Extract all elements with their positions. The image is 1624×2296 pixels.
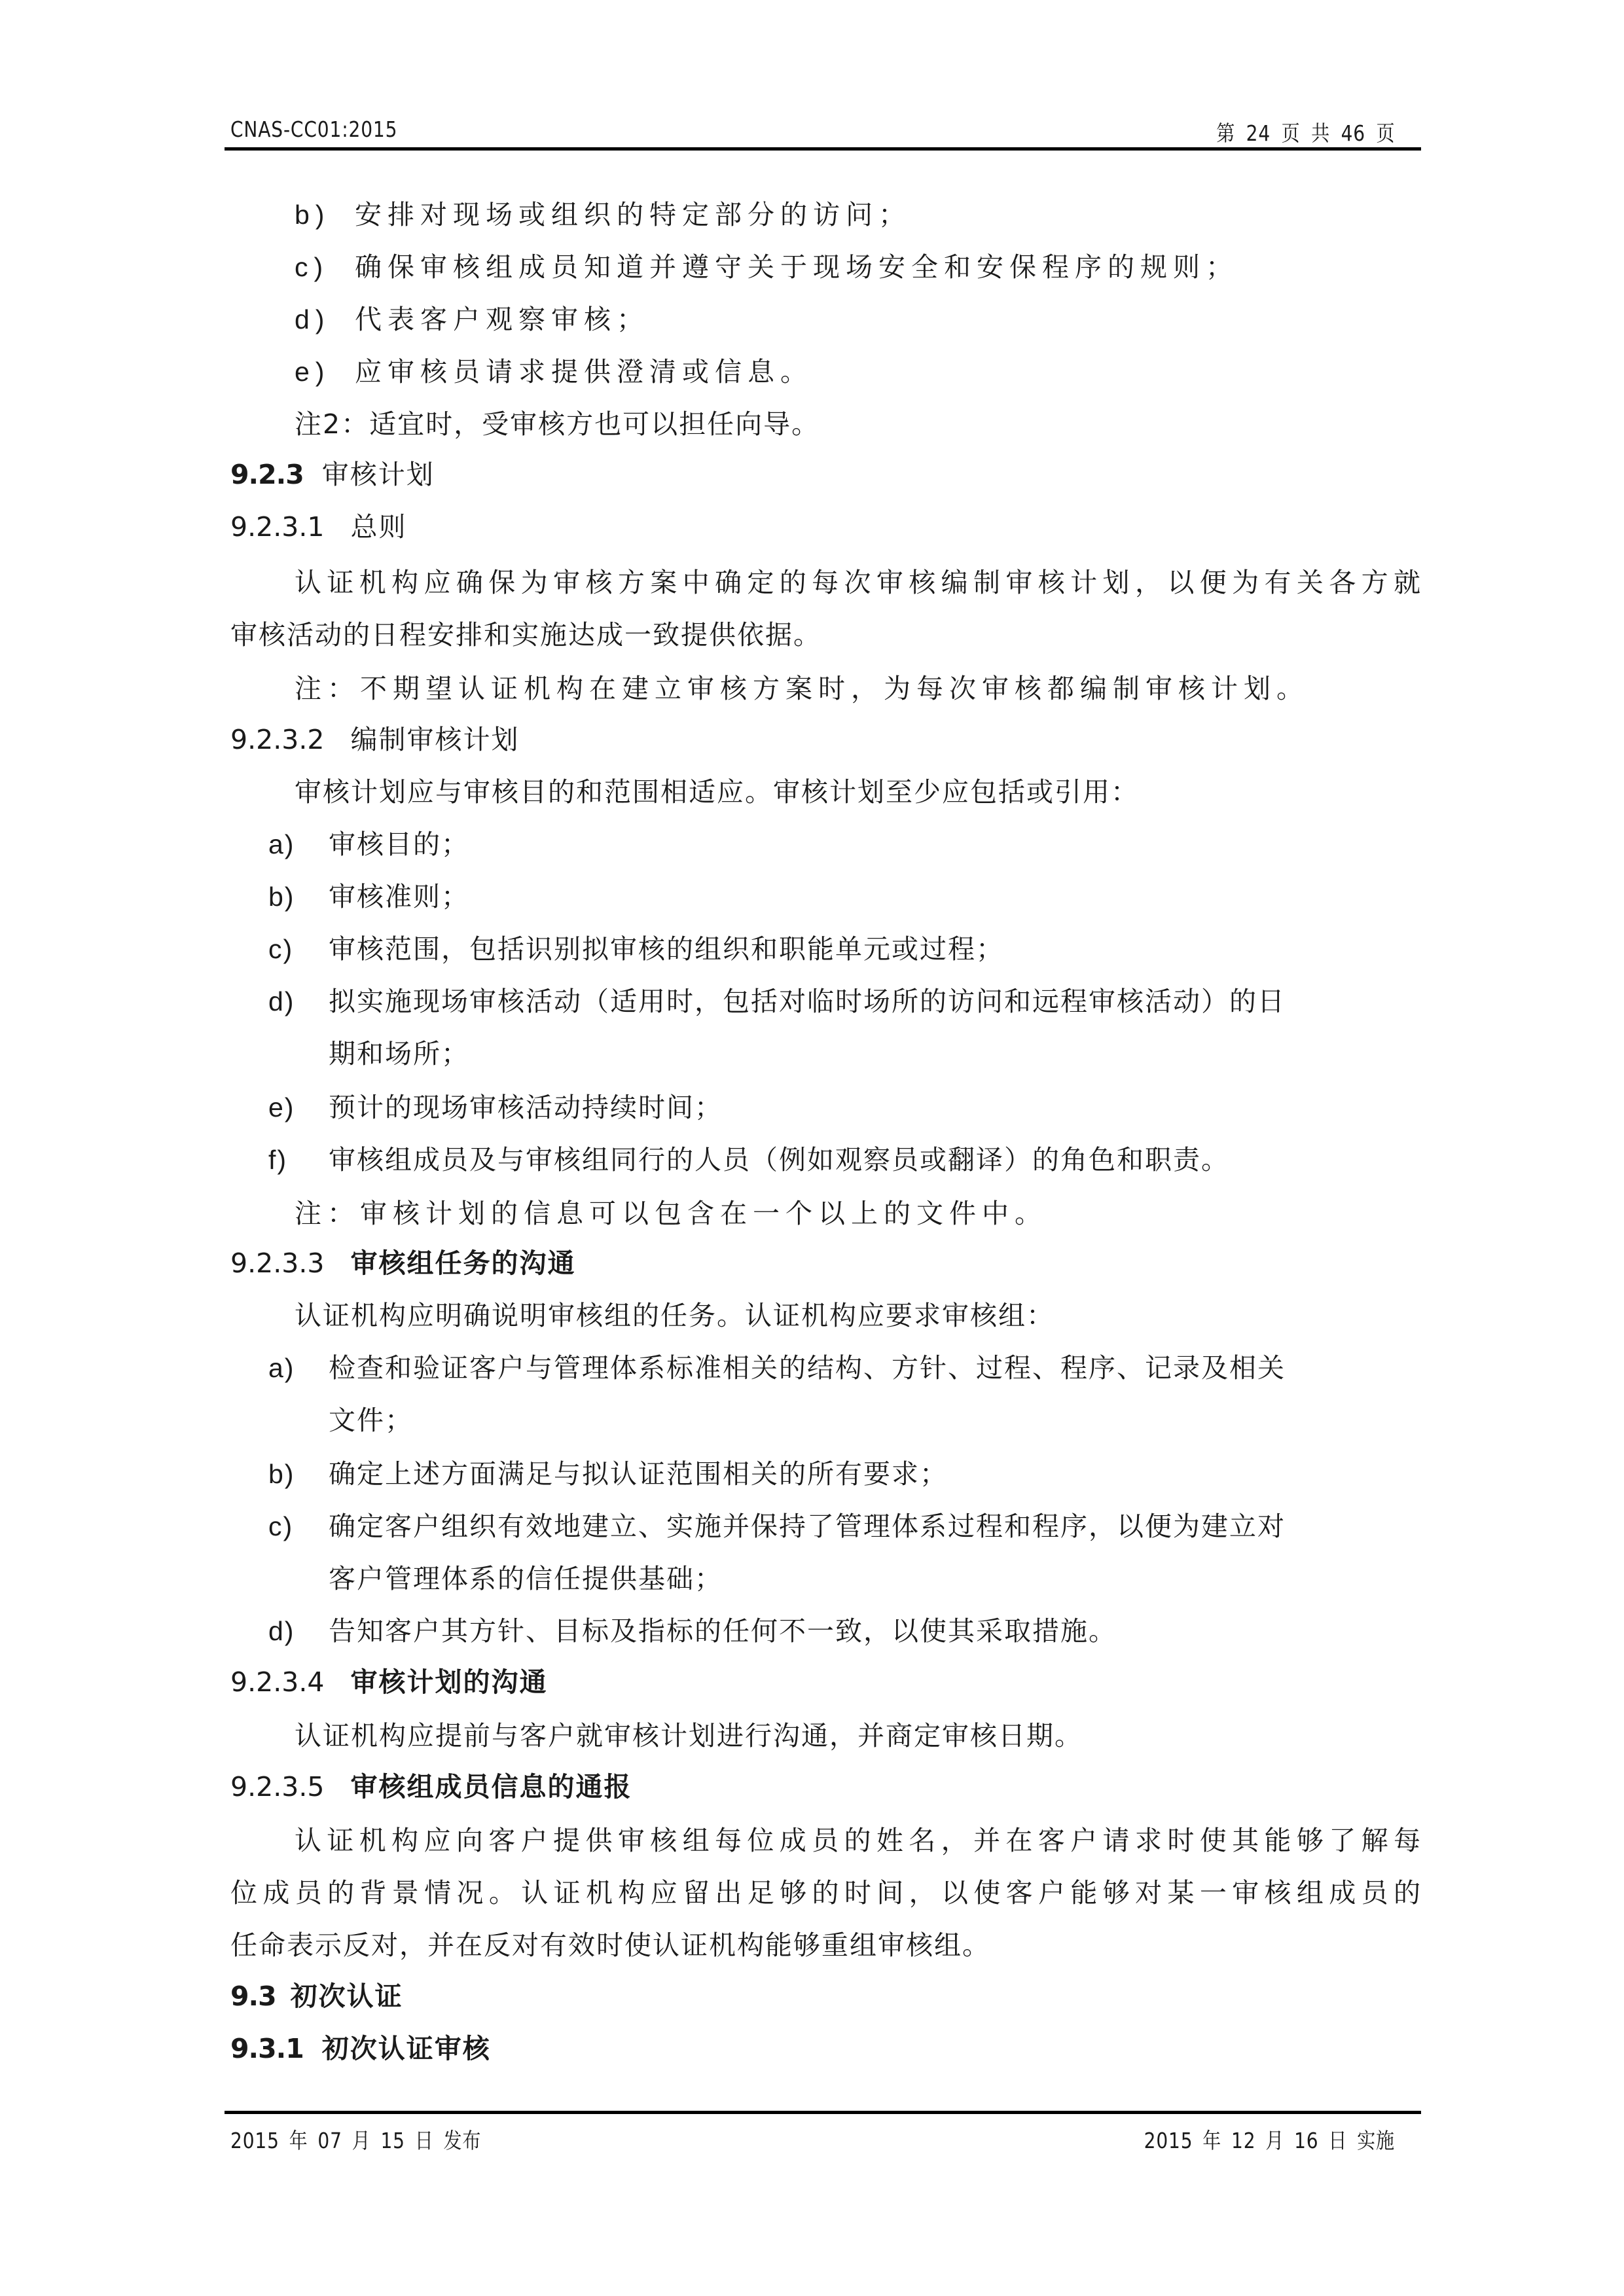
list-item: a)检查和验证客户与管理体系标准相关的结构、方针、过程、程序、记录及相关 (268, 1348, 1286, 1388)
section-heading: 9.2.3审核计划 (230, 455, 435, 494)
list-item: d)拟实施现场审核活动（适用时，包括对临时场所的访问和远程审核活动）的日 (268, 982, 1286, 1021)
list-item-continuation: 文件； (329, 1401, 413, 1440)
list-text: 检查和验证客户与管理体系标准相关的结构、方针、过程、程序、记录及相关 (329, 1352, 1286, 1384)
paragraph-line: 审核活动的日程安排和实施达成一致提供依据。 (230, 615, 821, 655)
note: 注：审核计划的信息可以包含在一个以上的文件中。 (295, 1194, 1047, 1233)
note: 注2：适宜时，受审核方也可以担任向导。 (295, 404, 820, 444)
section-number: 9.2.3.4 (230, 1666, 324, 1698)
list-label: d) (268, 982, 329, 1021)
list-item: b)安排对现场或组织的特定部分的访问； (295, 195, 911, 234)
list-item: a)审核目的； (268, 825, 469, 864)
list-label: f) (268, 1140, 329, 1179)
list-text: 审核目的； (329, 829, 469, 860)
list-label: c) (268, 929, 329, 969)
list-text: 安排对现场或组织的特定部分的访问； (355, 199, 911, 230)
issue-date: 2015 年 07 月 15 日 发布 (230, 2124, 481, 2155)
header-rule (225, 147, 1421, 151)
paragraph: 位成员的背景情况。认证机构应留出足够的时间，以使客户能够对某一审核组成员的 (230, 1873, 1422, 1912)
section-number: 9.2.3.1 (230, 511, 324, 543)
subsection-heading: 9.2.3.3审核组任务的沟通 (230, 1244, 575, 1283)
section-title: 审核组成员信息的通报 (350, 1771, 632, 1803)
list-item-continuation: 客户管理体系的信任提供基础； (329, 1559, 723, 1598)
paragraph: 认证机构应明确说明审核组的任务。认证机构应要求审核组： (295, 1296, 1055, 1335)
section-number: 9.3.1 (230, 2033, 304, 2064)
list-label: b) (268, 877, 329, 916)
section-title: 初次认证审核 (322, 2033, 491, 2064)
list-item: b)审核准则； (268, 877, 469, 916)
list-label: e) (295, 352, 355, 391)
list-label: e) (268, 1088, 329, 1127)
list-item: b)确定上述方面满足与拟认证范围相关的所有要求； (268, 1454, 948, 1494)
list-text: 拟实施现场审核活动（适用时，包括对临时场所的访问和远程审核活动）的日 (329, 986, 1286, 1017)
list-label: a) (268, 825, 329, 864)
list-text: 应审核员请求提供澄清或信息。 (355, 356, 813, 387)
subsection-heading: 9.2.3.4审核计划的沟通 (230, 1662, 547, 1702)
list-text: 审核范围，包括识别拟审核的组织和职能单元或过程； (329, 933, 1004, 965)
section-heading: 9.3.1初次认证审核 (230, 2029, 491, 2068)
list-text: 确定客户组织有效地建立、实施并保持了管理体系过程和程序，以便为建立对 (329, 1511, 1286, 1542)
list-item: d)告知客户其方针、目标及指标的任何不一致，以使其采取措施。 (268, 1611, 1117, 1651)
section-number: 9.2.3.2 (230, 724, 324, 755)
list-text: 确保审核组成员知道并遵守关于现场安全和安保程序的规则； (355, 251, 1238, 283)
footer-rule (225, 2111, 1421, 2114)
effective-date: 2015 年 12 月 16 日 实施 (1144, 2124, 1395, 2155)
subsection-heading: 9.2.3.1总则 (230, 507, 406, 547)
list-item: f)审核组成员及与审核组同行的人员（例如观察员或翻译）的角色和职责。 (268, 1140, 1229, 1179)
document-id: CNAS-CC01:2015 (230, 117, 397, 142)
list-label: d) (268, 1611, 329, 1651)
section-number: 9.2.3 (230, 459, 304, 490)
note: 注：不期望认证机构在建立审核方案时，为每次审核都编制审核计划。 (295, 669, 1309, 708)
paragraph-line: 认证机构应向客户提供审核组每位成员的姓名，并在客户请求时使其能够了解每 (230, 1821, 1422, 1860)
section-title: 审核组任务的沟通 (350, 1247, 575, 1279)
paragraph: 认证机构应向客户提供审核组每位成员的姓名，并在客户请求时使其能够了解每 (230, 1821, 1422, 1860)
list-item: c)审核范围，包括识别拟审核的组织和职能单元或过程； (268, 929, 1004, 969)
list-label: c) (295, 247, 355, 287)
paragraph-line: 认证机构应确保为审核方案中确定的每次审核编制审核计划，以便为有关各方就 (230, 563, 1422, 602)
paragraph: 审核计划应与审核目的和范围相适应。审核计划至少应包括或引用： (295, 772, 1139, 812)
paragraph-line: 任命表示反对，并在反对有效时使认证机构能够重组审核组。 (230, 1926, 990, 1965)
paragraph: 认证机构应确保为审核方案中确定的每次审核编制审核计划，以便为有关各方就 (230, 563, 1422, 602)
list-item: c)确保审核组成员知道并遵守关于现场安全和安保程序的规则； (295, 247, 1238, 287)
list-text: 告知客户其方针、目标及指标的任何不一致，以使其采取措施。 (329, 1615, 1117, 1647)
list-text: 审核准则； (329, 881, 469, 912)
list-text: 审核组成员及与审核组同行的人员（例如观察员或翻译）的角色和职责。 (329, 1144, 1229, 1175)
paragraph-line: 位成员的背景情况。认证机构应留出足够的时间，以使客户能够对某一审核组成员的 (230, 1873, 1422, 1912)
list-text: 代表客户观察审核； (355, 304, 649, 335)
list-text: 预计的现场审核活动持续时间； (329, 1092, 723, 1123)
section-title: 审核计划 (322, 459, 435, 490)
list-label: b) (268, 1454, 329, 1494)
section-number: 9.2.3.5 (230, 1771, 324, 1803)
list-label: a) (268, 1348, 329, 1388)
list-item: d)代表客户观察审核； (295, 300, 649, 339)
paragraph: 认证机构应提前与客户就审核计划进行沟通，并商定审核日期。 (295, 1716, 1083, 1755)
section-number: 9.2.3.3 (230, 1247, 324, 1279)
list-item-continuation: 期和场所； (329, 1034, 469, 1073)
section-heading: 9.3初次认证 (230, 1977, 403, 2016)
section-number: 9.3 (230, 1981, 276, 2012)
list-item: e)预计的现场审核活动持续时间； (268, 1088, 723, 1127)
section-title: 审核计划的沟通 (350, 1666, 547, 1698)
list-label: b) (295, 195, 355, 234)
list-item: e)应审核员请求提供澄清或信息。 (295, 352, 813, 391)
page-number: 第 24 页 共 46 页 (1216, 117, 1395, 147)
section-title: 编制审核计划 (350, 724, 519, 755)
section-title: 初次认证 (291, 1981, 403, 2012)
list-label: d) (295, 300, 355, 339)
list-label: c) (268, 1507, 329, 1546)
section-title: 总则 (350, 511, 406, 543)
list-text: 确定上述方面满足与拟认证范围相关的所有要求； (329, 1458, 948, 1490)
subsection-heading: 9.2.3.2编制审核计划 (230, 720, 519, 759)
list-item: c)确定客户组织有效地建立、实施并保持了管理体系过程和程序，以便为建立对 (268, 1507, 1286, 1546)
subsection-heading: 9.2.3.5审核组成员信息的通报 (230, 1767, 632, 1806)
